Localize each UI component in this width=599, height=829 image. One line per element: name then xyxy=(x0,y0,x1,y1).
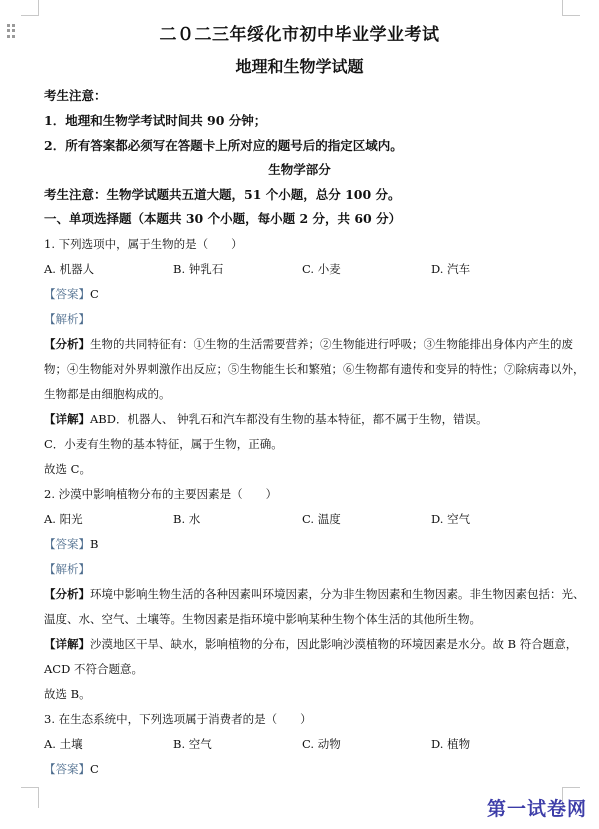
detail-text: ABD．机器人、 钟乳石和汽车都没有生物的基本特征，都不属于生物，错误。 xyxy=(90,412,488,426)
option-a: A. 土壤 xyxy=(44,736,83,752)
answer-row: 【答案】C xyxy=(44,761,99,777)
option-a: A. 机器人 xyxy=(44,261,94,277)
analysis-label-text: 【解析】 xyxy=(44,312,90,326)
detail-line: ACD 不符合题意。 xyxy=(44,661,143,677)
answer-row: 【答案】B xyxy=(44,536,98,552)
analysis-line: 【分析】生物的共同特征有：①生物的生活需要营养；②生物能进行呼吸；③生物能排出身… xyxy=(44,336,573,352)
answer-value: C xyxy=(90,762,99,776)
question-stem: 1. 下列选项中，属于生物的是（ ） xyxy=(44,236,243,252)
xiangjie-label: 【详解】 xyxy=(44,412,90,426)
document-subtitle: 地理和生物学试题 xyxy=(0,54,599,77)
page-corner-mark xyxy=(21,787,39,808)
fenxi-label: 【分析】 xyxy=(44,337,90,351)
answer-label: 【答案】 xyxy=(44,762,90,776)
analysis-text: 环境中影响生物生活的各种因素叫环境因素，分为非生物因素和生物因素。非生物因素包括… xyxy=(90,587,585,601)
xiangjie-label: 【详解】 xyxy=(44,637,90,651)
page-corner-mark xyxy=(21,0,39,16)
option-c: C. 动物 xyxy=(302,736,341,752)
analysis-label: 【解析】 xyxy=(44,561,90,577)
answer-label: 【答案】 xyxy=(44,287,90,301)
fenxi-label: 【分析】 xyxy=(44,587,90,601)
answer-value: C xyxy=(90,287,99,301)
notice-label: 考生注意： xyxy=(44,86,107,104)
section-title: 生物学部分 xyxy=(0,160,599,178)
document-title: 二０二三年绥化市初中毕业学业考试 xyxy=(0,20,599,45)
question-stem: 2. 沙漠中影响植物分布的主要因素是（ ） xyxy=(44,486,277,502)
option-d: D. 植物 xyxy=(431,736,470,752)
answer-value: B xyxy=(90,537,98,551)
detail-line: 【详解】沙漠地区干旱、缺水，影响植物的分布，因此影响沙漠植物的环境因素是水分。故… xyxy=(44,636,577,652)
conclusion: 故选 C。 xyxy=(44,461,91,477)
option-c: C. 温度 xyxy=(302,511,341,527)
option-b: B. 空气 xyxy=(173,736,212,752)
detail-text: 沙漠地区干旱、缺水，影响植物的分布，因此影响沙漠植物的环境因素是水分。故 B 符… xyxy=(90,637,577,651)
analysis-text: 生物的共同特征有：①生物的生活需要营养；②生物能进行呼吸；③生物能排出身体内产生… xyxy=(90,337,573,351)
analysis-label: 【解析】 xyxy=(44,311,90,327)
notice-item: 1．地理和生物学考试时间共 90 分钟； xyxy=(44,111,266,129)
option-d: D. 空气 xyxy=(431,511,470,527)
answer-row: 【答案】C xyxy=(44,286,99,302)
option-b: B. 水 xyxy=(173,511,200,527)
option-a: A. 阳光 xyxy=(44,511,83,527)
analysis-line: 生物都是由细胞构成的。 xyxy=(44,386,171,402)
analysis-label-text: 【解析】 xyxy=(44,562,90,576)
analysis-line: 【分析】环境中影响生物生活的各种因素叫环境因素，分为非生物因素和生物因素。非生物… xyxy=(44,586,585,602)
page-corner-mark xyxy=(562,0,580,16)
watermark-logo: 第一试卷网 xyxy=(487,794,587,821)
option-b: B. 钟乳石 xyxy=(173,261,223,277)
conclusion: 故选 B。 xyxy=(44,686,91,702)
part-heading: 一、单项选择题（本题共 30 个小题，每小题 2 分，共 60 分） xyxy=(44,209,401,227)
question-stem: 3. 在生态系统中，下列选项属于消费者的是（ ） xyxy=(44,711,312,727)
detail-line: C．小麦有生物的基本特征，属于生物，正确。 xyxy=(44,436,283,452)
notice-item: 2．所有答案都必须写在答题卡上所对应的题号后的指定区域内。 xyxy=(44,136,403,154)
detail-line: 【详解】ABD．机器人、 钟乳石和汽车都没有生物的基本特征，都不属于生物，错误。 xyxy=(44,411,488,427)
answer-label: 【答案】 xyxy=(44,537,90,551)
option-d: D. 汽车 xyxy=(431,261,470,277)
option-c: C. 小麦 xyxy=(302,261,341,277)
section-notice: 考生注意：生物学试题共五道大题，51 个小题，总分 100 分。 xyxy=(44,185,401,203)
analysis-line: 物；④生物能对外界刺激作出反应；⑤生物能生长和繁殖；⑥生物都有遗传和变异的特性；… xyxy=(44,361,585,377)
analysis-line: 温度、水、空气、土壤等。生物因素是指环境中影响某种生物个体生活的其他所生物。 xyxy=(44,611,481,627)
